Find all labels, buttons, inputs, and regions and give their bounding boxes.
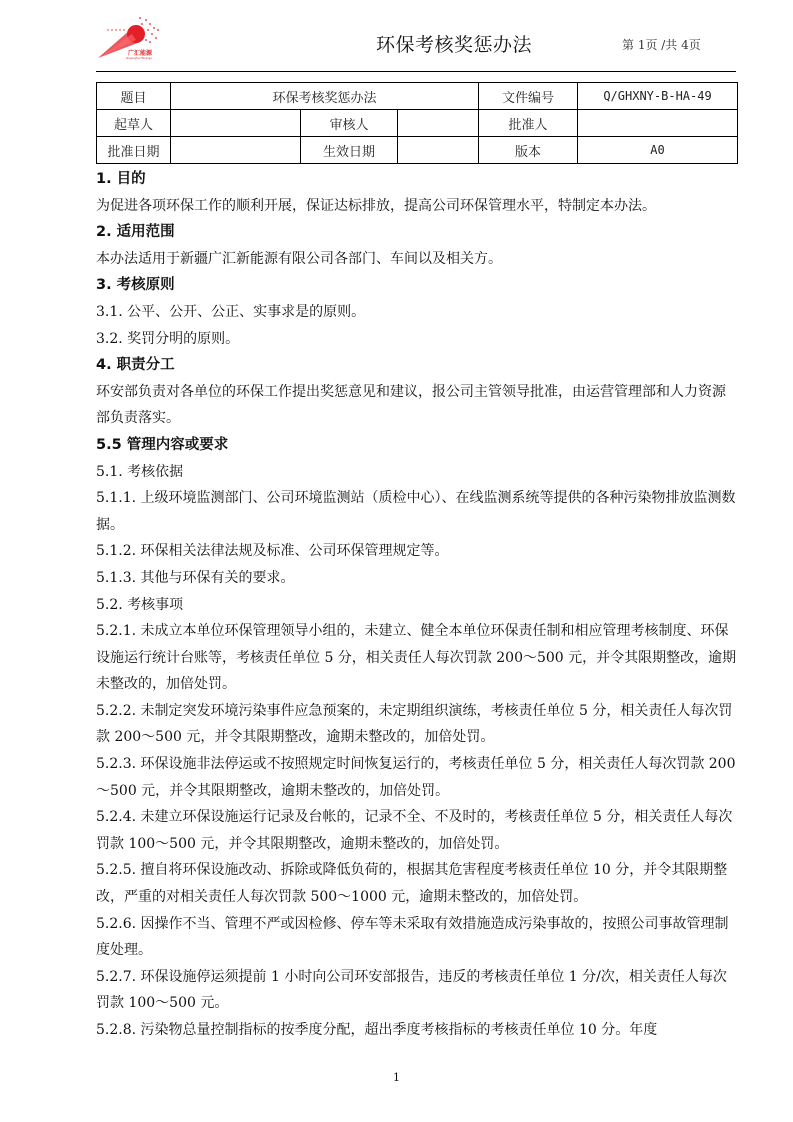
document-body: 1. 目的 为促进各项环保工作的顺利开展，保证达标排放，提高公司环保管理水平，特… <box>96 166 738 1044</box>
paragraph: 5.1.1. 上级环境监测部门、公司环境监测站（质检中心）、在线监测系统等提供的… <box>96 485 738 538</box>
label-subject: 题目 <box>97 83 171 110</box>
table-row: 题目 环保考核奖惩办法 文件编号 Q/GHXNY-B-HA-49 <box>97 83 738 110</box>
paragraph: 5.2.7. 环保设施停运须提前 1 小时向公司环安部报告，违反的考核责任单位 … <box>96 964 738 1017</box>
label-doc-number: 文件编号 <box>479 83 578 110</box>
paragraph: 3.2. 奖罚分明的原则。 <box>96 326 738 353</box>
paragraph: 5.2.5. 擅自将环保设施改动、拆除或降低负荷的，根据其危害程度考核责任单位 … <box>96 857 738 910</box>
paragraph: 5.2.4. 未建立环保设施运行记录及台帐的，记录不全、不及时的，考核责任单位 … <box>96 804 738 857</box>
paragraph: 本办法适用于新疆广汇新能源有限公司各部门、车间以及相关方。 <box>96 246 738 273</box>
label-effective-date: 生效日期 <box>301 137 398 164</box>
paragraph: 5.1.3. 其他与环保有关的要求。 <box>96 565 738 592</box>
document-title: 环保考核奖惩办法 <box>376 30 532 57</box>
paragraph: 5.2.8. 污染物总量控制指标的按季度分配，超出季度考核指标的考核责任单位 1… <box>96 1017 738 1044</box>
value-approver <box>578 110 738 137</box>
table-row: 批准日期 生效日期 版本 A0 <box>97 137 738 164</box>
section-heading-scope: 2. 适用范围 <box>96 219 738 246</box>
paragraph: 3.1. 公平、公开、公正、实事求是的原则。 <box>96 299 738 326</box>
page-indicator: 第 1页 /共 4页 <box>622 36 701 53</box>
paragraph: 5.2. 考核事项 <box>96 592 738 619</box>
label-approval-date: 批准日期 <box>97 137 171 164</box>
value-doc-number: Q/GHXNY-B-HA-49 <box>578 83 738 110</box>
section-heading-requirements: 5.5 管理内容或要求 <box>96 432 738 459</box>
header-divider <box>96 71 736 72</box>
logo-subtext: Guanghui Energy <box>126 56 152 60</box>
paragraph: 5.2.1. 未成立本单位环保管理领导小组的，未建立、健全本单位环保责任制和相应… <box>96 618 738 698</box>
paragraph: 5.2.3. 环保设施非法停运或不按照规定时间恢复运行的，考核责任单位 5 分，… <box>96 751 738 804</box>
label-drafter: 起草人 <box>97 110 171 137</box>
label-version: 版本 <box>479 137 578 164</box>
company-logo: 广汇能源 Guanghui Energy <box>96 12 166 62</box>
section-heading-purpose: 1. 目的 <box>96 166 738 193</box>
paragraph: 5.2.2. 未制定突发环境污染事件应急预案的，未定期组织演练，考核责任单位 5… <box>96 698 738 751</box>
paragraph: 5.2.6. 因操作不当、管理不严或因检修、停车等未采取有效措施造成污染事故的，… <box>96 911 738 964</box>
value-drafter <box>171 110 301 137</box>
document-info-table: 题目 环保考核奖惩办法 文件编号 Q/GHXNY-B-HA-49 起草人 审核人… <box>96 82 738 164</box>
label-approver: 批准人 <box>479 110 578 137</box>
label-reviewer: 审核人 <box>301 110 398 137</box>
value-reviewer <box>398 110 479 137</box>
value-version: A0 <box>578 137 738 164</box>
paragraph: 5.1.2. 环保相关法律法规及标准、公司环保管理规定等。 <box>96 538 738 565</box>
section-heading-responsibilities: 4. 职责分工 <box>96 352 738 379</box>
value-subject: 环保考核奖惩办法 <box>171 83 479 110</box>
paragraph: 5.1. 考核依据 <box>96 459 738 486</box>
section-heading-principles: 3. 考核原则 <box>96 272 738 299</box>
page-header: 广汇能源 Guanghui Energy 环保考核奖惩办法 第 1页 /共 4页 <box>96 0 736 73</box>
table-row: 起草人 审核人 批准人 <box>97 110 738 137</box>
footer-page-number: 1 <box>0 1071 793 1084</box>
value-approval-date <box>171 137 301 164</box>
paragraph: 环安部负责对各单位的环保工作提出奖惩意见和建议，报公司主管领导批准，由运营管理部… <box>96 379 738 432</box>
value-effective-date <box>398 137 479 164</box>
paragraph: 为促进各项环保工作的顺利开展，保证达标排放，提高公司环保管理水平，特制定本办法。 <box>96 193 738 220</box>
